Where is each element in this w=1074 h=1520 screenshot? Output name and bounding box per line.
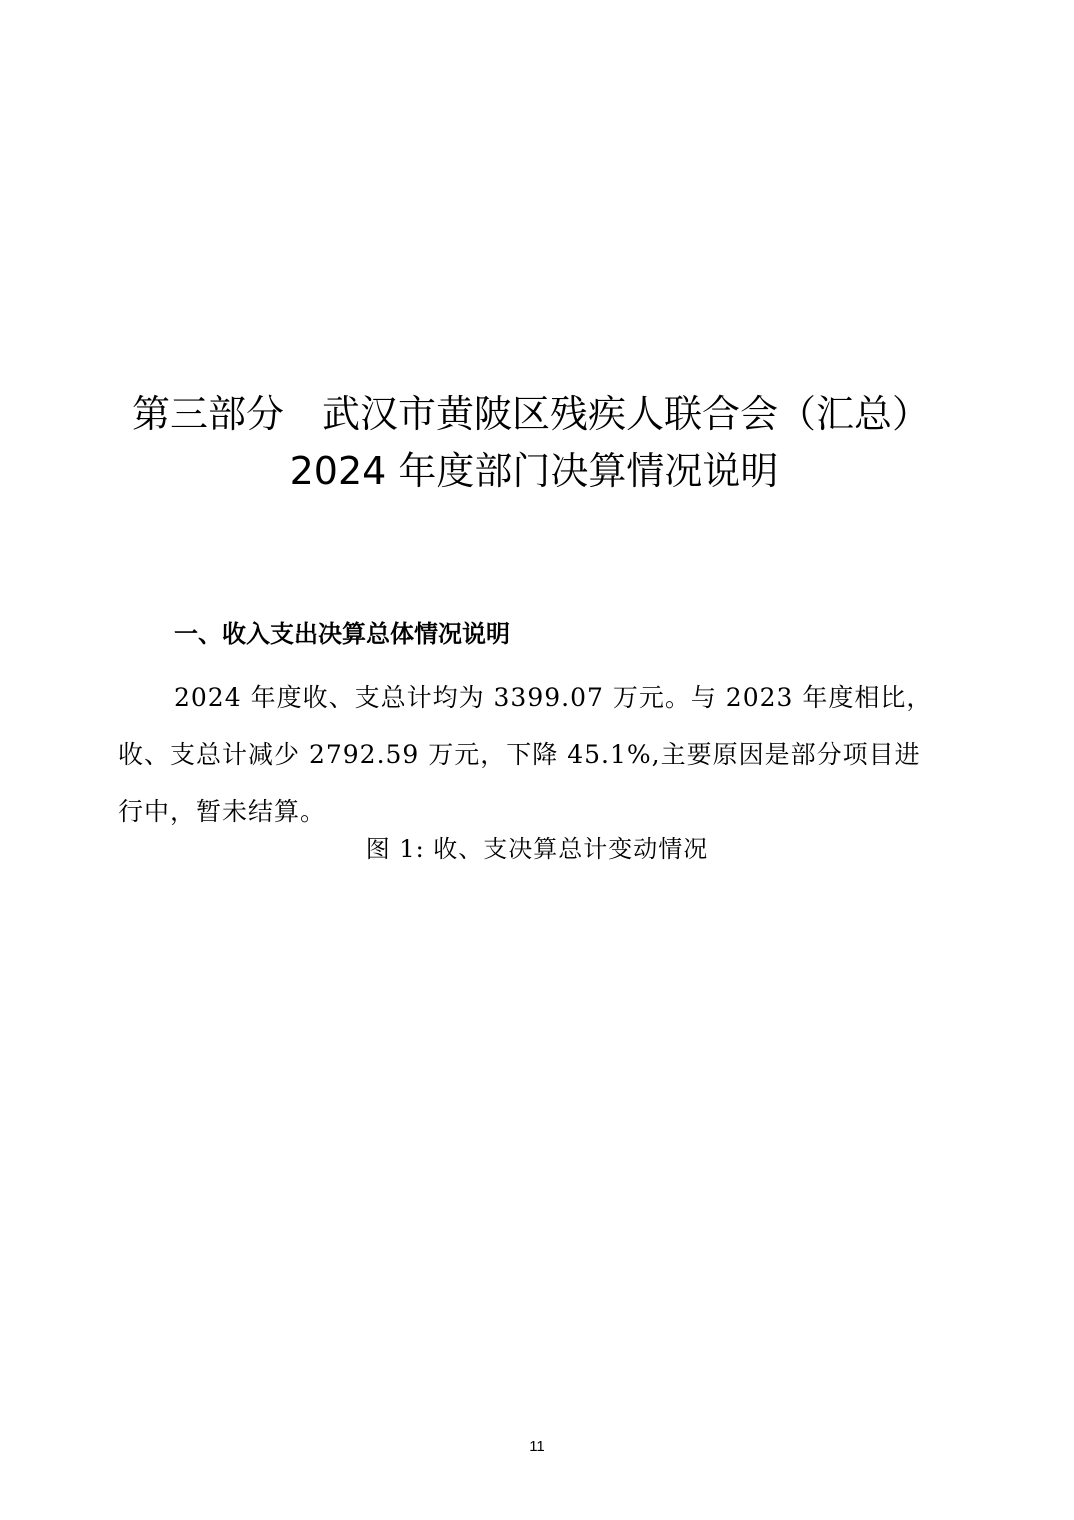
document-title-line-1: 第三部分 武汉市黄陂区残疾人联合会（汇总）	[0, 389, 1068, 439]
section-paragraph: 2024 年度收、支总计均为 3399.07 万元。与 2023 年度相比， 收…	[118, 669, 963, 840]
section-heading: 一、收入支出决算总体情况说明	[174, 617, 510, 651]
figure-caption: 图 1: 收、支决算总计变动情况	[0, 831, 1074, 867]
page-number: 11	[0, 1437, 1074, 1457]
paragraph-line-1: 2024 年度收、支总计均为 3399.07 万元。与 2023 年度相比，	[118, 669, 963, 726]
paragraph-line-2: 收、支总计减少 2792.59 万元，下降 45.1%,主要原因是部分项目进	[118, 726, 963, 783]
document-title-line-2: 2024 年度部门决算情况说明	[0, 446, 1071, 496]
